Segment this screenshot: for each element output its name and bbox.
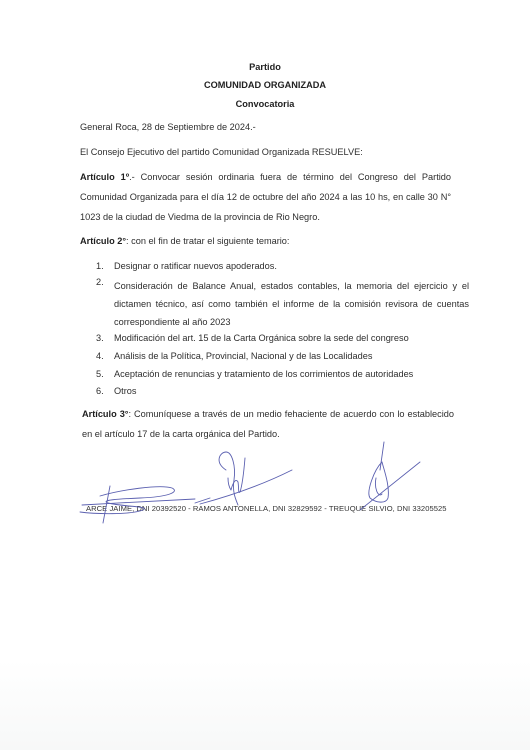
intro-paragraph: El Consejo Ejecutivo del partido Comunid… — [80, 147, 363, 157]
article-1: Artículo 1º.- Convocar sesión ordinaria … — [80, 167, 451, 227]
article-2-label: Artículo 2° — [80, 236, 126, 246]
article-2: Artículo 2°: con el fin de tratar el sig… — [80, 236, 289, 246]
party-label: Partido — [0, 62, 530, 72]
signature-treuque-icon — [360, 442, 420, 510]
signature-ramos-icon — [195, 452, 292, 505]
article-1-label: Artículo 1º — [80, 172, 129, 182]
signatories-line: ARCE JAIME, DNI 20392520 - RAMOS ANTONEL… — [86, 504, 447, 513]
article-2-text: : con el fin de tratar el siguiente tema… — [126, 236, 289, 246]
document-title: Convocatoria — [0, 99, 530, 109]
party-name: COMUNIDAD ORGANIZADA — [0, 80, 530, 90]
article-3: Artículo 3°: Comuníquese a través de un … — [82, 404, 454, 444]
article-3-label: Artículo 3° — [82, 409, 128, 419]
date-line: General Roca, 28 de Septiembre de 2024.- — [80, 122, 256, 132]
article-1-text: .- Convocar sesión ordinaria fuera de té… — [80, 172, 451, 222]
article-3-text: : Comuníquese a través de un medio fehac… — [82, 409, 454, 439]
document-page: Partido COMUNIDAD ORGANIZADA Convocatori… — [0, 0, 530, 750]
